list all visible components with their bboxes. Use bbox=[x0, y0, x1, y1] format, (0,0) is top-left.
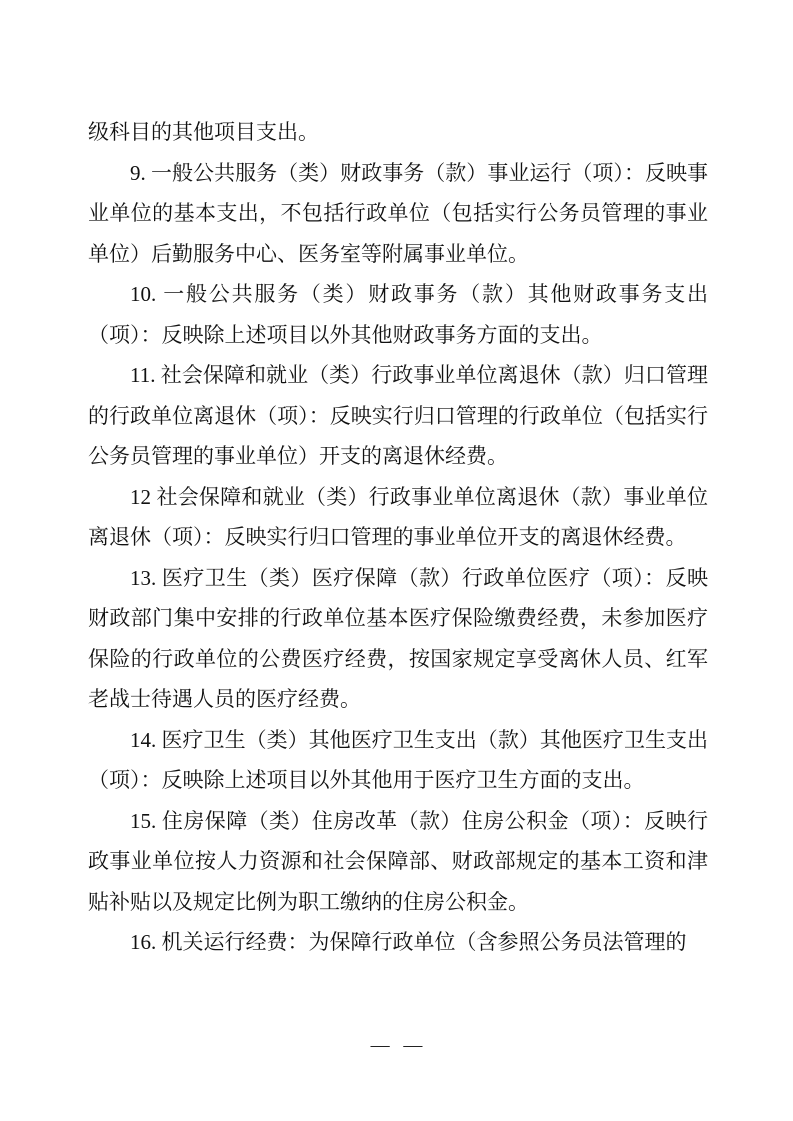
document-page: 级科目的其他项目支出。9. 一般公共服务（类）财政事务（款）事业运行（项）：反映… bbox=[0, 0, 793, 1121]
paragraph: 9. 一般公共服务（类）财政事务（款）事业运行（项）：反映事业单位的基本支出，不… bbox=[88, 153, 708, 275]
paragraph: 12 社会保障和就业（类）行政事业单位离退休（款）事业单位离退休（项）：反映实行… bbox=[88, 477, 708, 558]
paragraph: 13. 医疗卫生（类）医疗保障（款）行政单位医疗（项）：反映财政部门集中安排的行… bbox=[88, 558, 708, 720]
paragraph: 级科目的其他项目支出。 bbox=[88, 112, 708, 153]
paragraph: 11. 社会保障和就业（类）行政事业单位离退休（款）归口管理的行政单位离退休（项… bbox=[88, 355, 708, 477]
paragraph: 14. 医疗卫生（类）其他医疗卫生支出（款）其他医疗卫生支出（项）：反映除上述项… bbox=[88, 720, 708, 801]
paragraph: 10. 一般公共服务（类）财政事务（款）其他财政事务支出（项）：反映除上述项目以… bbox=[88, 274, 708, 355]
page-number: — — bbox=[371, 1035, 423, 1056]
paragraph: 16. 机关运行经费：为保障行政单位（含参照公务员法管理的 bbox=[88, 922, 708, 963]
page-footer: — — bbox=[0, 1034, 793, 1058]
document-body: 级科目的其他项目支出。9. 一般公共服务（类）财政事务（款）事业运行（项）：反映… bbox=[88, 112, 708, 963]
paragraph: 15. 住房保障（类）住房改革（款）住房公积金（项）：反映行政事业单位按人力资源… bbox=[88, 801, 708, 923]
